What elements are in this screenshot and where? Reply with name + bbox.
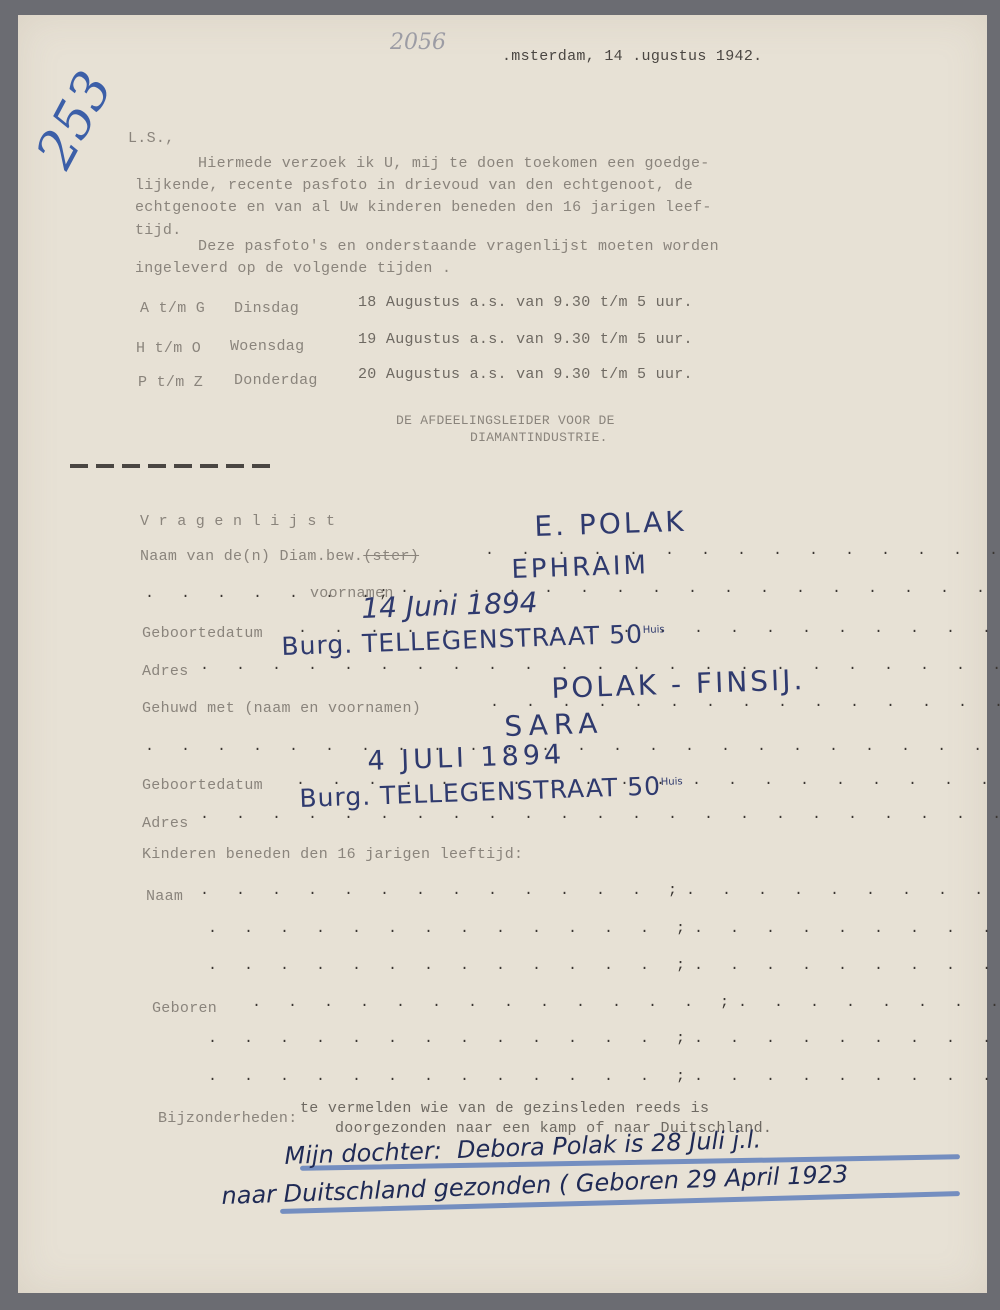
dot-row: . . . . . . . . . . . . . ;. . . . . . .… (252, 994, 1000, 1011)
gehuwd-label: Gehuwd met (naam en voornamen) (142, 700, 421, 717)
handwritten-naam: E. POLAK (534, 505, 687, 543)
schedule-day: Woensdag (230, 338, 304, 355)
dot-row: . . . . . . . . . . . . . ;. . . . . . .… (208, 957, 1000, 974)
dot-row: . . . . . . . . . . . . . ;. . . . . . .… (208, 1030, 1000, 1047)
geboortedatum-label: Geboortedatum (142, 625, 263, 642)
salutation: L.S., (128, 130, 175, 147)
kinderen-label: Kinderen beneden den 16 jarigen leeftijd… (142, 846, 523, 863)
form-title: V r a g e n l i j s t (140, 513, 335, 530)
dot-row: . . . . . . . . . . . . . ;. . . . . . .… (200, 882, 1000, 899)
body-line-6: ingeleverd op de volgende tijden . (135, 260, 451, 277)
place-date: .msterdam, 14 .ugustus 1942. (502, 48, 762, 65)
schedule-day: Donderdag (234, 372, 318, 389)
handwritten-voornamen: EPHRAIM (511, 550, 650, 585)
body-line-5: Deze pasfoto's en onderstaande vragenlij… (198, 238, 719, 255)
geboortedatum2-label: Geboortedatum (142, 777, 263, 794)
bijzonderheden-label: Bijzonderheden: (158, 1110, 298, 1127)
schedule-date: 19 Augustus a.s. van 9.30 t/m 5 uur. (358, 331, 693, 348)
body-line-4: tijd. (135, 222, 182, 239)
handwritten-gehuwd-voornaam: SARA (504, 707, 604, 743)
pencil-archive-number: 2056 (390, 30, 446, 55)
adres2-label: Adres (142, 815, 189, 832)
schedule-day: Dinsdag (234, 300, 299, 317)
schedule-letters: P t/m Z (138, 374, 203, 391)
naam-label: Naam van de(n) Diam.bew.(ster) (140, 548, 419, 565)
schedule-date: 18 Augustus a.s. van 9.30 t/m 5 uur. (358, 294, 693, 311)
separator-line (70, 464, 275, 468)
signature-line-2: DIAMANTINDUSTRIE. (470, 430, 608, 445)
schedule-date: 20 Augustus a.s. van 9.30 t/m 5 uur. (358, 366, 693, 383)
body-line-3: echtgenoote en van al Uw kinderen benede… (135, 199, 712, 216)
body-line-1: Hiermede verzoek ik U, mij te doen toeko… (198, 155, 710, 172)
body-line-2: lijkende, recente pasfoto in drievoud va… (135, 177, 693, 194)
handwritten-geboortedatum: 14 Juni 1894 (361, 586, 538, 625)
bijzonderheden-text-1: te vermelden wie van de gezinsleden reed… (300, 1100, 709, 1117)
kinderen-naam-label: Naam (146, 888, 183, 905)
kinderen-geboren-label: Geboren (152, 1000, 217, 1017)
dot-row: . . . . . . . . . . . . . ;. . . . . . .… (208, 1068, 1000, 1085)
struck-ster: (ster) (363, 548, 419, 565)
schedule-letters: H t/m O (136, 340, 201, 357)
adres-label: Adres (142, 663, 189, 680)
dot-row: . . . . . . . . . . . . . ;. . . . . . .… (208, 920, 1000, 937)
schedule-letters: A t/m G (140, 300, 205, 317)
signature-line-1: DE AFDEELINGSLEIDER VOOR DE (396, 413, 615, 428)
